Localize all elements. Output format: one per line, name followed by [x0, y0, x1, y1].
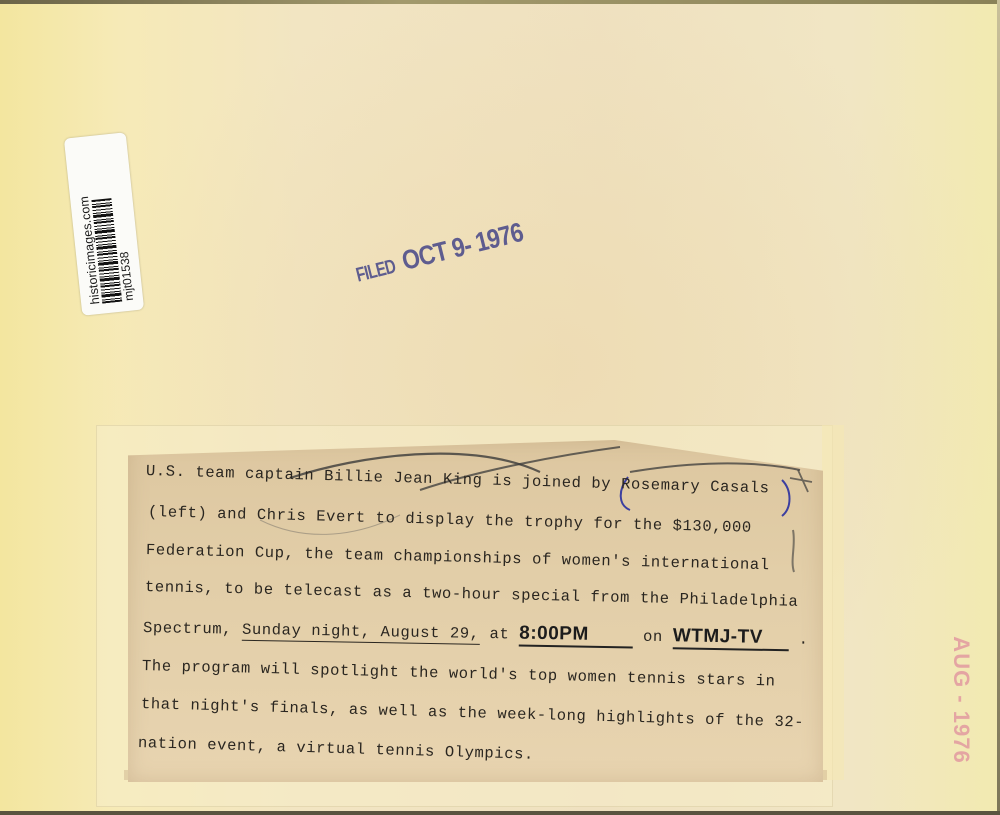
caption-line-5-pre: Spectrum, [143, 619, 242, 639]
date-stamp-vertical: AUG - 1976 [944, 640, 978, 760]
handwritten-time: 8:00PM [519, 624, 633, 649]
caption-line-5-end: . [799, 630, 809, 648]
date-stamp-text: AUG - 1976 [948, 636, 974, 763]
handwritten-station: WTMJ-TV [673, 626, 789, 651]
air-date: Sunday night, August 29, [242, 621, 480, 645]
handwritten-on: on [643, 628, 663, 646]
photo-edge-bottom [0, 811, 1000, 815]
tape-strip [822, 425, 844, 780]
caption-line-5-mid: at [479, 625, 519, 644]
